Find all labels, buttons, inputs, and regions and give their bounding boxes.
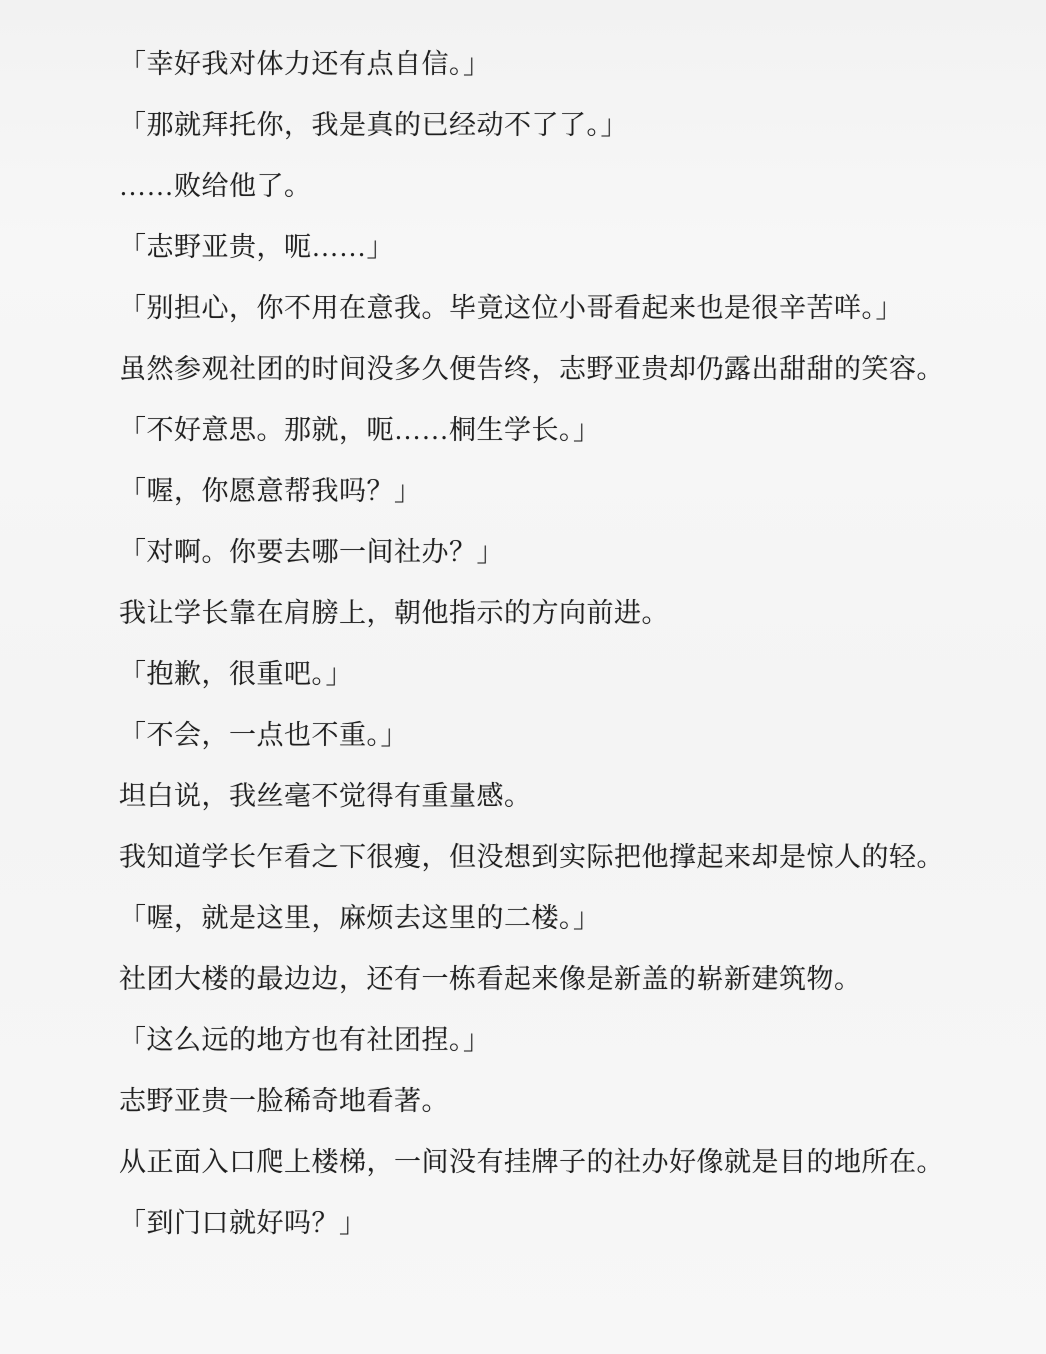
paragraph-narration-3: 我让学长靠在肩膀上，朝他指示的方向前进。 (119, 594, 991, 632)
paragraph-dialogue-7: 「对啊。你要去哪一间社办？」 (119, 533, 991, 571)
paragraph-narration-6: 社团大楼的最边边，还有一栋看起来像是新盖的崭新建筑物。 (119, 960, 991, 998)
paragraph-dialogue-3: 「志野亚贵，呃……」 (119, 228, 991, 266)
paragraph-dialogue-1: 「幸好我对体力还有点自信。」 (119, 45, 991, 83)
paragraph-narration-2: 虽然参观社团的时间没多久便告终，志野亚贵却仍露出甜甜的笑容。 (119, 350, 991, 388)
paragraph-narration-7: 志野亚贵一脸稀奇地看著。 (119, 1082, 991, 1120)
paragraph-narration-1: ……败给他了。 (119, 167, 991, 205)
paragraph-dialogue-8: 「抱歉，很重吧。」 (119, 655, 991, 693)
paragraph-dialogue-5: 「不好意思。那就，呃……桐生学长。」 (119, 411, 991, 449)
paragraph-narration-4: 坦白说，我丝毫不觉得有重量感。 (119, 777, 991, 815)
paragraph-dialogue-6: 「喔，你愿意帮我吗？」 (119, 472, 991, 510)
paragraph-dialogue-4: 「别担心，你不用在意我。毕竟这位小哥看起来也是很辛苦咩。」 (119, 289, 991, 327)
novel-text-page: 「幸好我对体力还有点自信。」 「那就拜托你，我是真的已经动不了了。」 ……败给他… (0, 0, 1046, 1354)
paragraph-narration-8: 从正面入口爬上楼梯，一间没有挂牌子的社办好像就是目的地所在。 (119, 1143, 991, 1181)
paragraph-narration-5: 我知道学长乍看之下很瘦，但没想到实际把他撑起来却是惊人的轻。 (119, 838, 991, 876)
paragraph-dialogue-10: 「喔，就是这里，麻烦去这里的二楼。」 (119, 899, 991, 937)
paragraph-dialogue-2: 「那就拜托你，我是真的已经动不了了。」 (119, 106, 991, 144)
paragraph-dialogue-11: 「这么远的地方也有社团捏。」 (119, 1021, 991, 1059)
paragraph-dialogue-9: 「不会，一点也不重。」 (119, 716, 991, 754)
paragraph-dialogue-12: 「到门口就好吗？」 (119, 1204, 991, 1242)
